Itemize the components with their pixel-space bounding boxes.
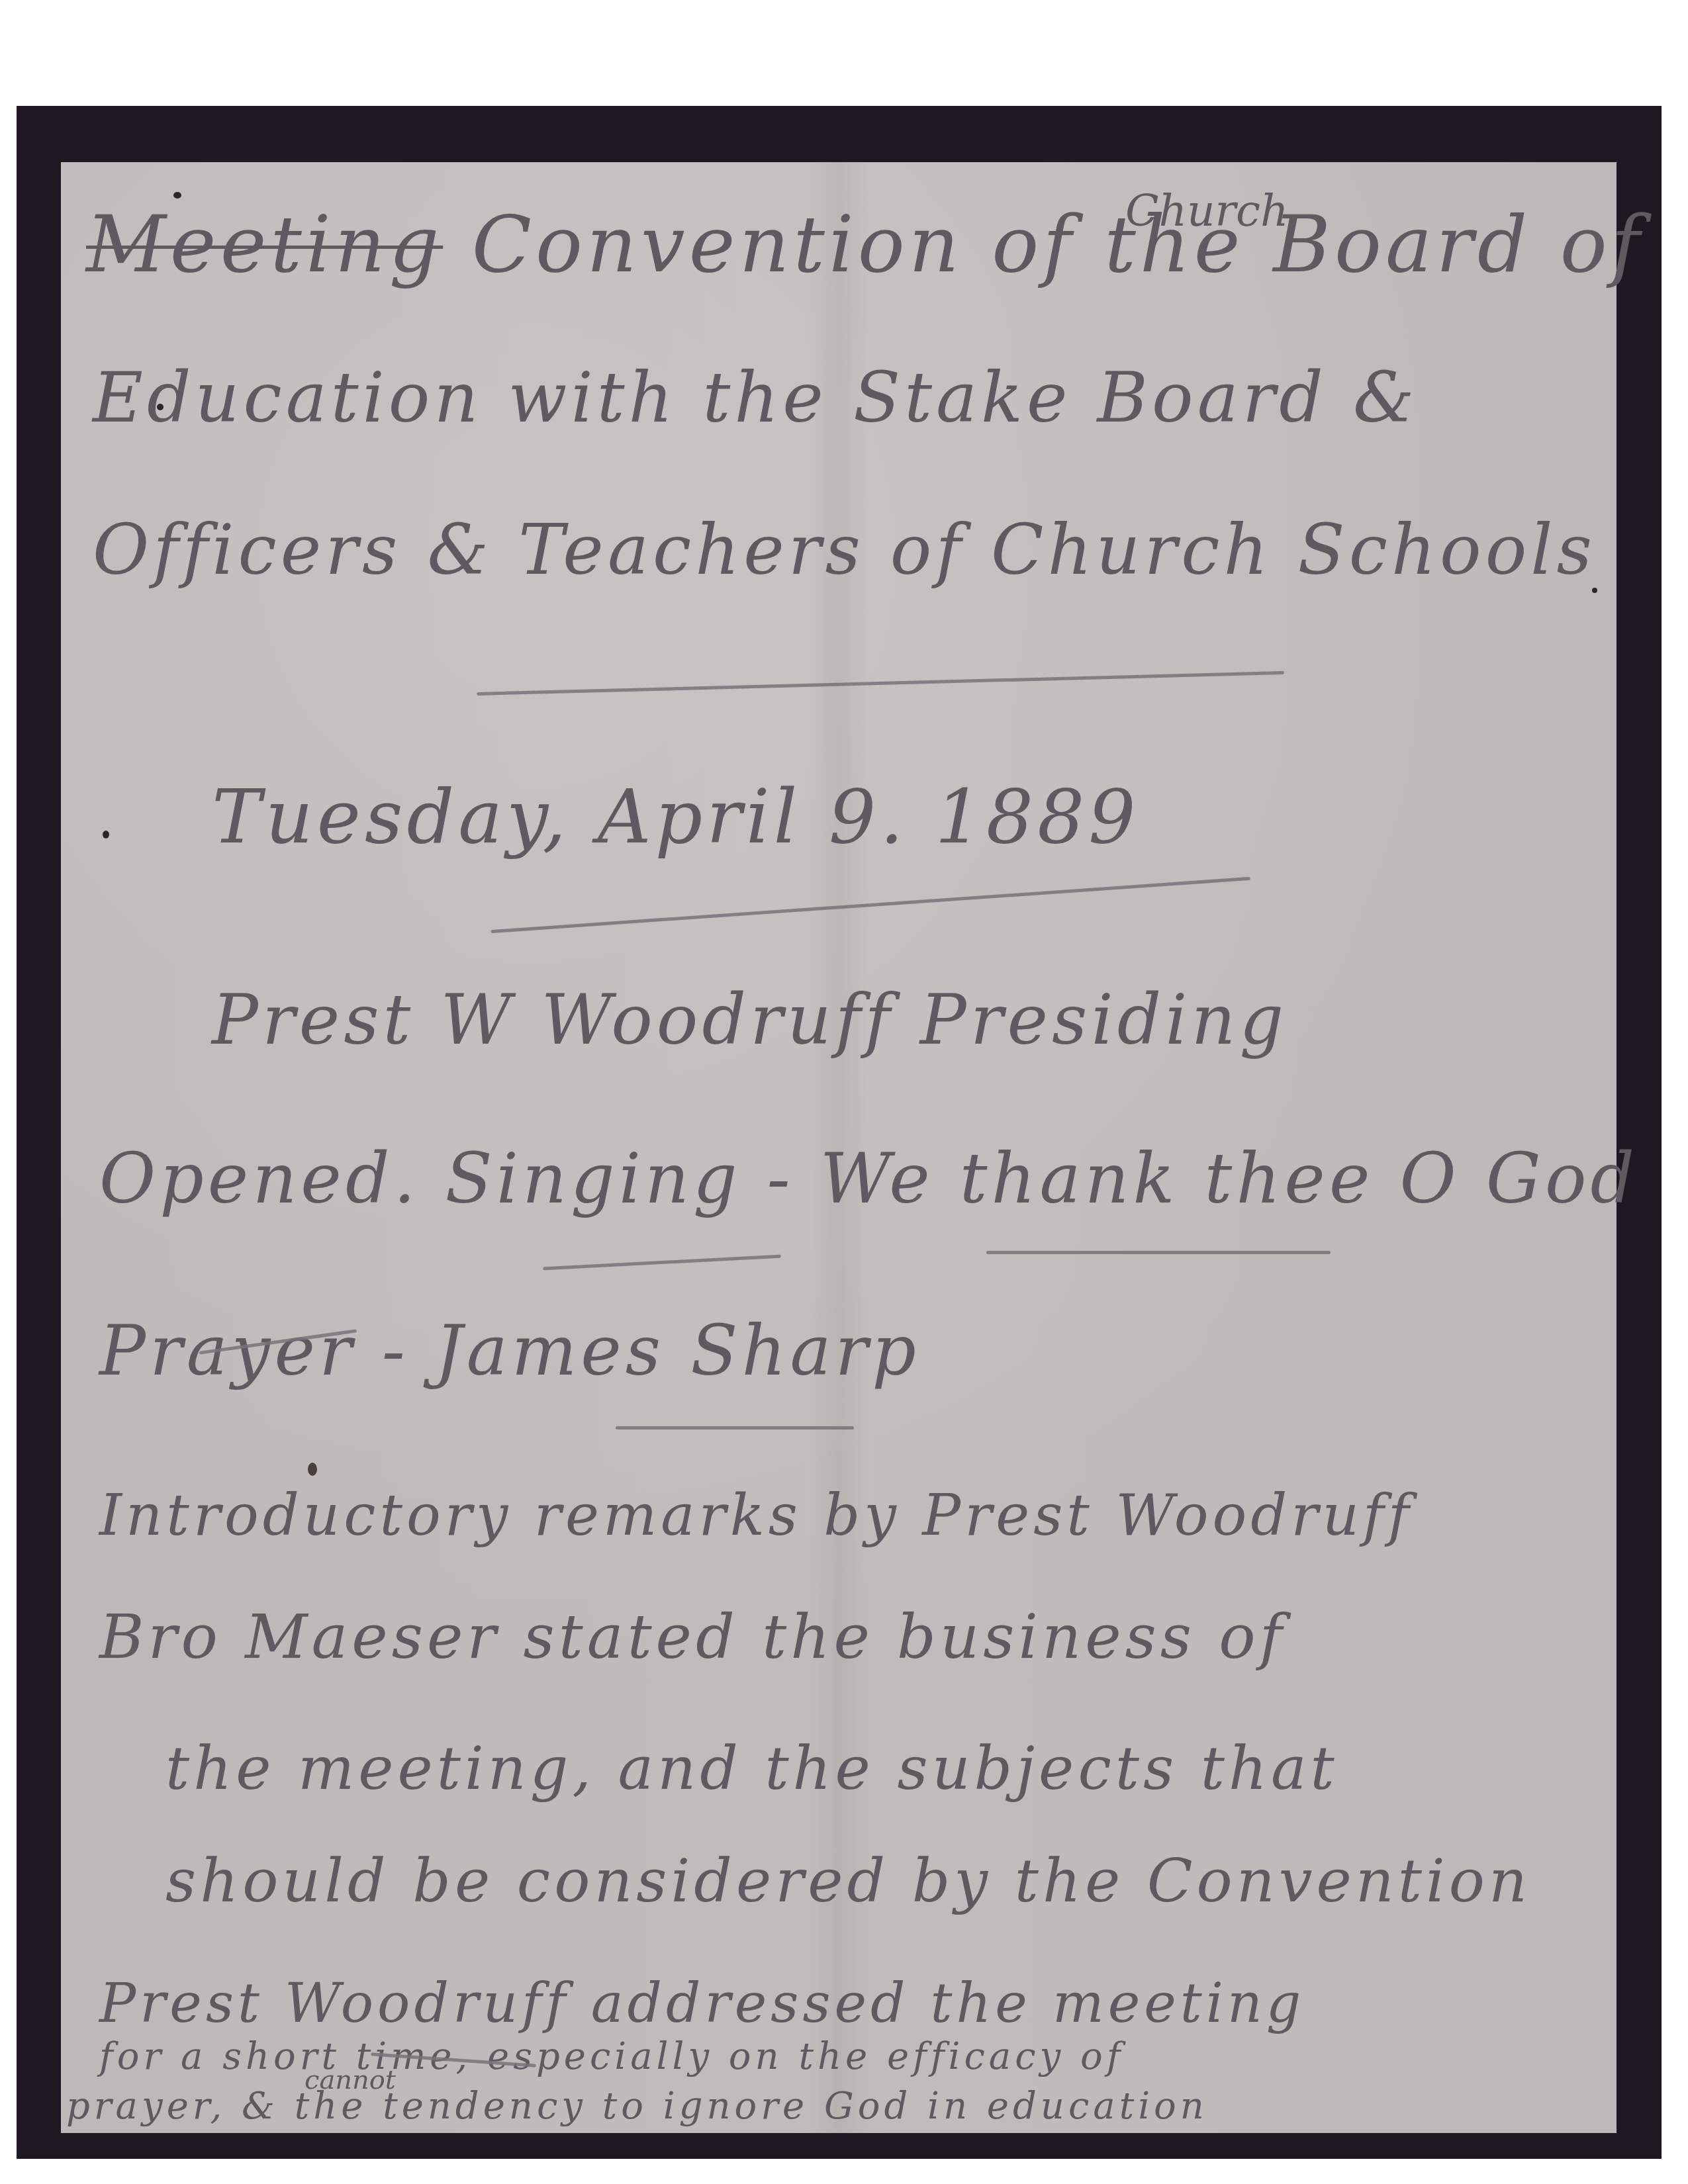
heading-line-2: Education with the Stake Board & xyxy=(93,357,1419,438)
heading-text-1: Convention of the Board of xyxy=(472,199,1644,290)
ink-speck xyxy=(157,404,164,410)
minutes-line-maeser-3: should be considered by the Convention xyxy=(165,1846,1531,1916)
heading-line-1: Meeting Convention of the Board of xyxy=(86,199,1644,290)
minutes-line-maeser-2: the meeting, and the subjects that xyxy=(165,1734,1338,1803)
ink-speck xyxy=(1592,588,1597,593)
struck-word: Meeting xyxy=(86,199,443,290)
minutes-line-woodruff-1: Prest Woodruff addressed the meeting xyxy=(99,1972,1305,2035)
perforated-top-edge xyxy=(61,153,1617,163)
ink-speck xyxy=(173,192,181,199)
hymn-underline-right xyxy=(986,1251,1331,1254)
date-line: Tuesday, April 9. 1889 xyxy=(212,774,1140,860)
name-underline xyxy=(616,1426,854,1430)
heading-line-3: Officers & Teachers of Church Schools xyxy=(93,510,1596,590)
minutes-line-woodruff-3: prayer, & the tendency to ignore God in … xyxy=(66,2085,1208,2128)
minutes-line-presiding: Prest W Woodruff Presiding xyxy=(212,979,1288,1060)
minutes-line-maeser-1: Bro Maeser stated the business of xyxy=(99,1602,1286,1672)
ink-speck xyxy=(103,831,109,839)
ink-blot xyxy=(308,1463,317,1476)
minutes-line-intro: Introductory remarks by Prest Woodruff xyxy=(99,1482,1413,1549)
minutes-line-woodruff-2: for a short time, especially on the effi… xyxy=(99,2035,1124,2078)
minutes-line-opened: Opened. Singing - We thank thee O God xyxy=(99,1138,1638,1219)
